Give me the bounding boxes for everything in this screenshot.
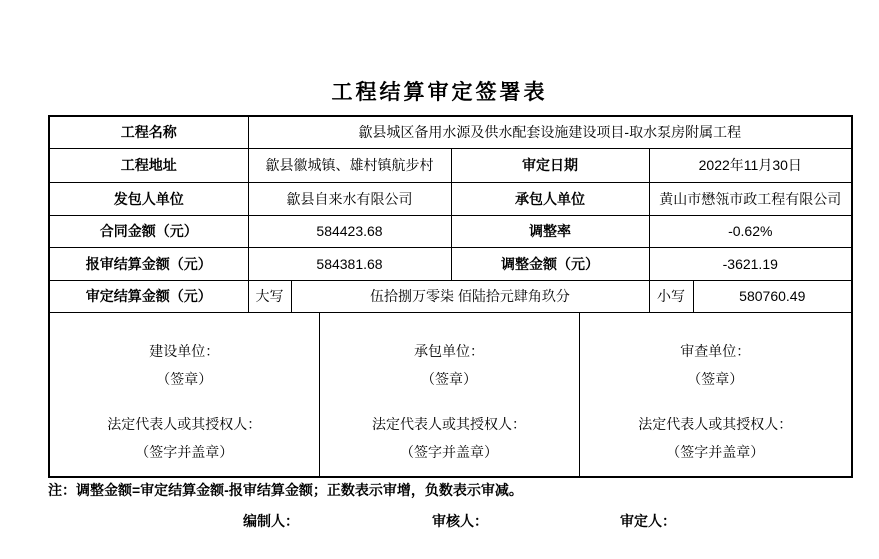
contractor-label: 承包人单位: [451, 182, 649, 215]
submitted-amount-value: 584381.68: [248, 247, 451, 280]
contractor-unit-label: 承包单位：: [320, 344, 579, 358]
signature-block-review-unit: 审查单位： （签章） 法定代表人或其授权人： （签字并盖章）: [579, 312, 852, 477]
review-unit-seal-hint: （签章）: [580, 372, 852, 386]
review-date-value: 2022年11月30日: [649, 148, 852, 182]
settlement-table: 工程名称 歙县城区备用水源及供水配套设施建设项目-取水泵房附属工程 工程地址 歙…: [48, 115, 853, 478]
project-address-value: 歙县徽城镇、雄村镇航步村: [248, 148, 451, 182]
approved-amount-uppercase-label: 大写: [248, 280, 291, 312]
table-row-approved-amount: 审定结算金额（元） 大写 伍拾捌万零柒 佰陆拾元肆角玖分 小写 580760.4…: [49, 280, 852, 312]
construction-unit-rep-seal-hint: （签字并盖章）: [50, 445, 319, 459]
approved-amount-label: 审定结算金额（元）: [49, 280, 248, 312]
page-title: 工程结算审定签署表: [0, 76, 879, 106]
project-name-value: 歙县城区备用水源及供水配套设施建设项目-取水泵房附属工程: [248, 116, 852, 148]
review-date-label: 审定日期: [451, 148, 649, 182]
project-name-label: 工程名称: [49, 116, 248, 148]
preparer-label: 编制人：: [243, 511, 299, 531]
construction-unit-seal-hint: （签章）: [50, 372, 319, 386]
table-row-submitted-amount: 报审结算金额（元） 584381.68 调整金额（元） -3621.19: [49, 247, 852, 280]
contractor-unit-rep-seal-hint: （签字并盖章）: [320, 445, 579, 459]
table-row-address-date: 工程地址 歙县徽城镇、雄村镇航步村 审定日期 2022年11月30日: [49, 148, 852, 182]
review-unit-rep-seal-hint: （签字并盖章）: [580, 445, 852, 459]
settlement-form-sheet: 工程结算审定签署表 工程名称 歙县城区备用水源及供水配套设施建设项目-取水泵房附…: [0, 0, 879, 559]
table-row-parties: 发包人单位 歙县自来水有限公司 承包人单位 黄山市懋瓴市政工程有限公司: [49, 182, 852, 215]
approved-amount-lowercase-value: 580760.49: [693, 280, 852, 312]
review-unit-label: 审查单位：: [580, 344, 852, 358]
adjustment-amount-value: -3621.19: [649, 247, 852, 280]
approved-amount-lowercase-label: 小写: [649, 280, 693, 312]
approved-amount-uppercase-value: 伍拾捌万零柒 佰陆拾元肆角玖分: [291, 280, 649, 312]
adjustment-rate-label: 调整率: [451, 215, 649, 247]
signature-block-construction-unit: 建设单位： （签章） 法定代表人或其授权人： （签字并盖章）: [49, 312, 319, 477]
contract-amount-value: 584423.68: [248, 215, 451, 247]
reviewer-label: 审核人：: [432, 511, 488, 531]
contract-amount-label: 合同金额（元）: [49, 215, 248, 247]
construction-unit-label: 建设单位：: [50, 344, 319, 358]
table-row-signatures: 建设单位： （签章） 法定代表人或其授权人： （签字并盖章） 承包单位： （签章…: [49, 312, 852, 477]
contractor-unit-seal-hint: （签章）: [320, 372, 579, 386]
table-row-contract-amount: 合同金额（元） 584423.68 调整率 -0.62%: [49, 215, 852, 247]
adjustment-rate-value: -0.62%: [649, 215, 852, 247]
contractor-unit-rep-label: 法定代表人或其授权人：: [320, 417, 579, 431]
adjustment-note: 注：调整金额=审定结算金额-报审结算金额；正数表示审增，负数表示审减。: [48, 480, 523, 500]
review-unit-rep-label: 法定代表人或其授权人：: [580, 417, 852, 431]
contractor-value: 黄山市懋瓴市政工程有限公司: [649, 182, 852, 215]
construction-unit-rep-label: 法定代表人或其授权人：: [50, 417, 319, 431]
employer-value: 歙县自来水有限公司: [248, 182, 451, 215]
signature-block-contractor-unit: 承包单位： （签章） 法定代表人或其授权人： （签字并盖章）: [319, 312, 579, 477]
submitted-amount-label: 报审结算金额（元）: [49, 247, 248, 280]
project-address-label: 工程地址: [49, 148, 248, 182]
table-row-project-name: 工程名称 歙县城区备用水源及供水配套设施建设项目-取水泵房附属工程: [49, 116, 852, 148]
adjustment-amount-label: 调整金额（元）: [451, 247, 649, 280]
approver-label: 审定人：: [620, 511, 676, 531]
employer-label: 发包人单位: [49, 182, 248, 215]
